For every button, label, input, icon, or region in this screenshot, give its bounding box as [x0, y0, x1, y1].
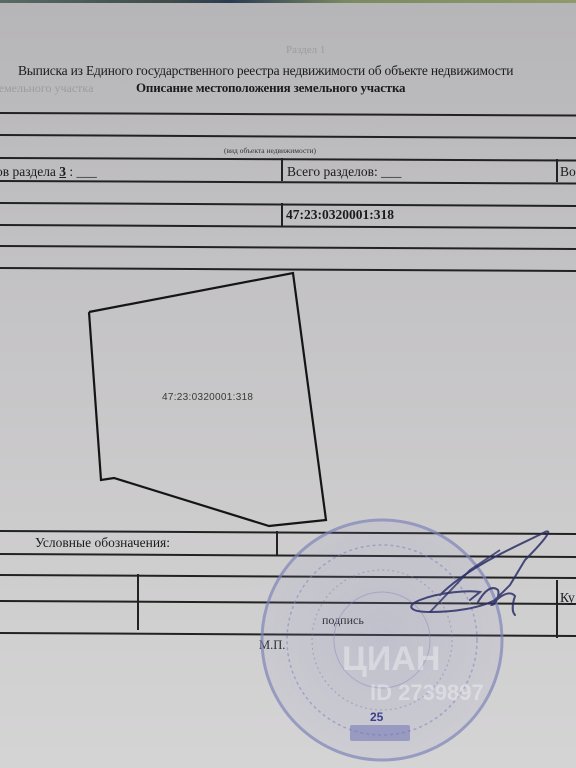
- watermark-logo: ЦИАН: [342, 640, 440, 679]
- handwritten-signature: [0, 0, 576, 768]
- watermark-id: ID 2739897: [370, 680, 484, 706]
